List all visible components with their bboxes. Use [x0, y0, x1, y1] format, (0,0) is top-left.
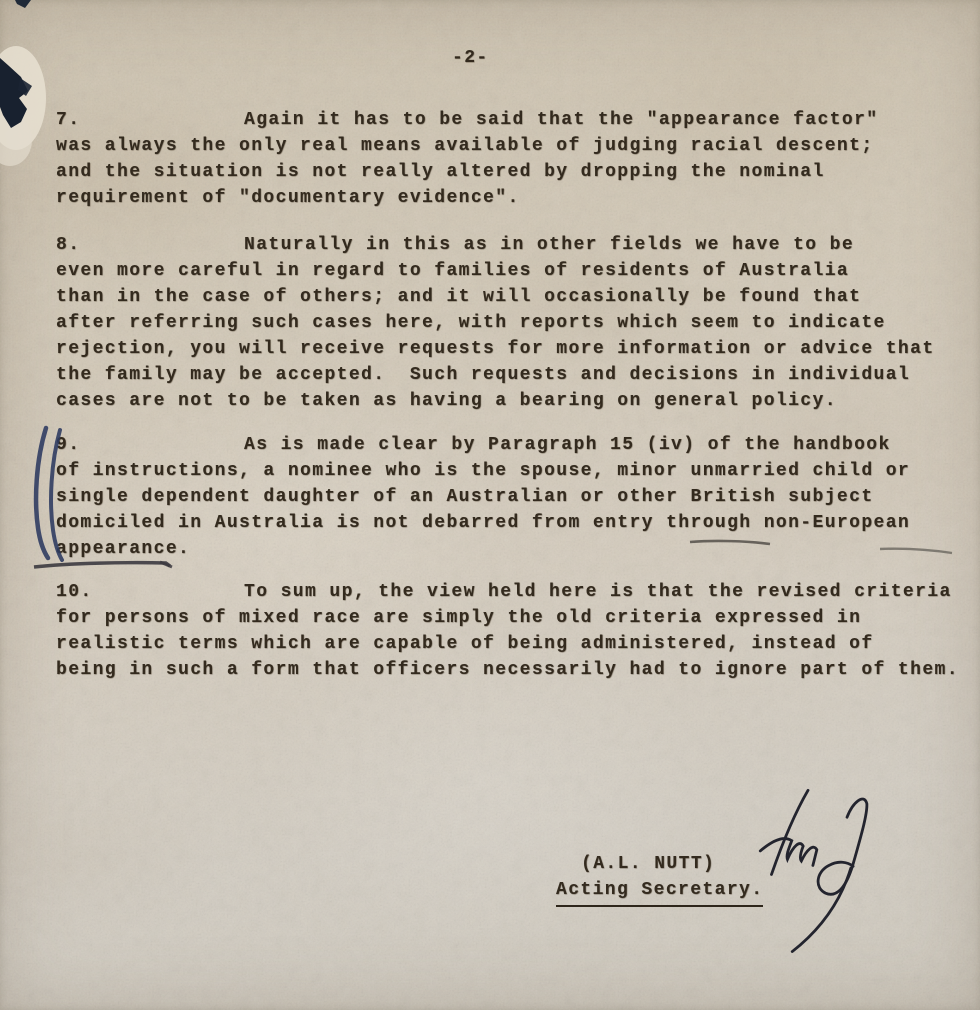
paragraph-line: was always the only real means available…	[56, 133, 971, 159]
paragraph-line: for persons of mixed race are simply the…	[56, 605, 971, 631]
paragraph-8: 8.Naturally in this as in other fields w…	[56, 232, 971, 414]
paragraph-number: 8.	[56, 232, 80, 258]
paragraph-line: appearance.	[56, 536, 971, 562]
scanned-document-page: -2- 7.Again it has to be said that the "…	[0, 0, 980, 1010]
torn-hole-spur-icon	[18, 78, 32, 96]
torn-hole-icon	[0, 58, 28, 128]
paragraph-line: being in such a form that officers neces…	[56, 657, 971, 683]
paragraph-line: than in the case of others; and it will …	[56, 284, 971, 310]
paragraph-line: the family may be accepted. Such request…	[56, 362, 971, 388]
paragraph-line: realistic terms which are capable of bei…	[56, 631, 971, 657]
handwritten-signature	[742, 778, 892, 968]
paragraph-line: domiciled in Australia is not debarred f…	[56, 510, 971, 536]
paragraph-7: 7.Again it has to be said that the "appe…	[56, 107, 971, 211]
signatory-name: (A.L. NUTT)	[581, 851, 715, 877]
paragraph-line: after referring such cases here, with re…	[56, 310, 971, 336]
paragraph-line: requirement of "documentary evidence".	[56, 185, 971, 211]
paragraph-number: 7.	[56, 107, 80, 133]
edge-nick-icon	[15, 0, 31, 8]
page-number: -2-	[452, 45, 489, 71]
paragraph-9: 9.As is made clear by Paragraph 15 (iv) …	[56, 432, 971, 562]
torn-paper-halo	[0, 114, 32, 166]
paragraph-10: 10.To sum up, the view held here is that…	[56, 579, 971, 683]
paragraph-line: of instructions, a nominee who is the sp…	[56, 458, 971, 484]
paragraph-line: and the situation is not really altered …	[56, 159, 971, 185]
paragraph-number: 10.	[56, 579, 93, 605]
ink-underline-appearance	[34, 563, 170, 567]
signatory-title: Acting Secretary.	[556, 877, 763, 907]
paragraph-line: single dependent daughter of an Australi…	[56, 484, 971, 510]
torn-paper-halo	[0, 46, 46, 150]
paragraph-line: 8.Naturally in this as in other fields w…	[56, 232, 971, 258]
paragraph-number: 9.	[56, 432, 80, 458]
paragraph-line: cases are not to be taken as having a be…	[56, 388, 971, 414]
paragraph-line: rejection, you will receive requests for…	[56, 336, 971, 362]
paragraph-line: 10.To sum up, the view held here is that…	[56, 579, 971, 605]
paragraph-line: 9.As is made clear by Paragraph 15 (iv) …	[56, 432, 971, 458]
paragraph-line: even more careful in regard to families …	[56, 258, 971, 284]
ink-underline-appearance-tip	[160, 562, 172, 567]
paragraph-line: 7.Again it has to be said that the "appe…	[56, 107, 971, 133]
